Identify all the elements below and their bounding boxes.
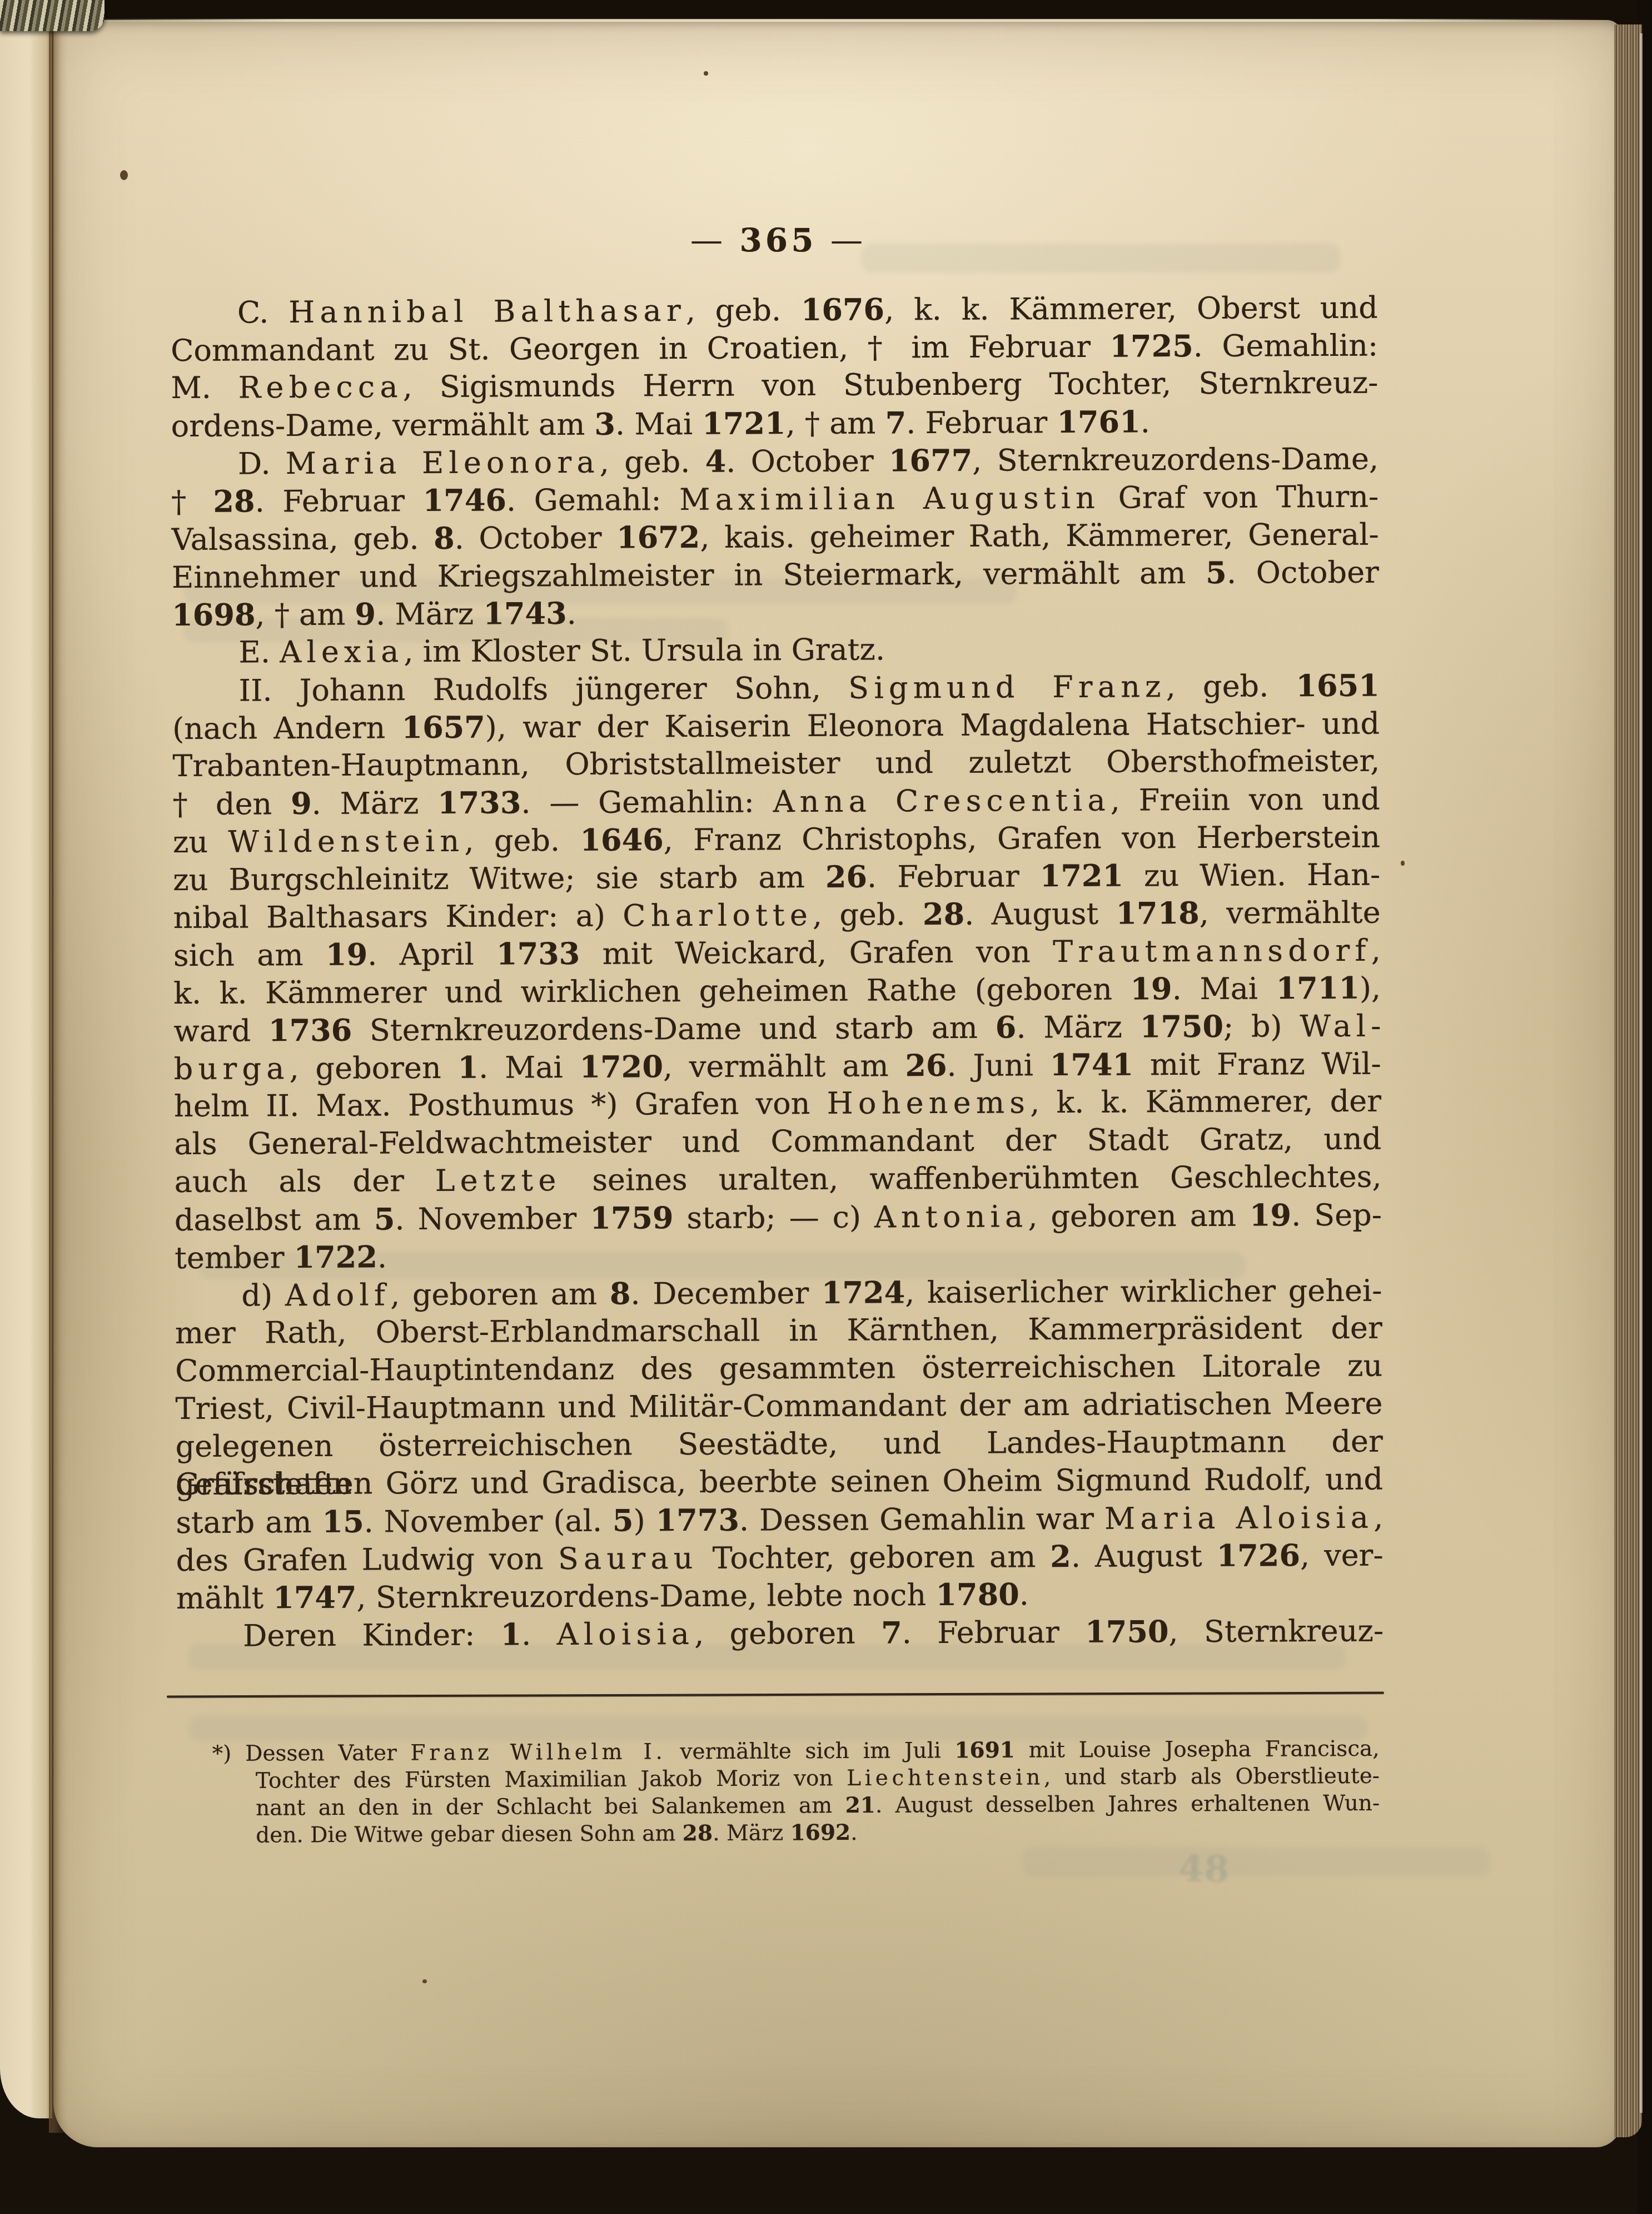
letterspaced-name: Maximilian Augustin	[679, 480, 1100, 517]
paper-speck	[1401, 861, 1405, 866]
text-line: mählt 1747, Sternkreuzordens-Dame, lebte…	[176, 1574, 1384, 1617]
text-line: k. k. Kämmerer und wirklichen geheimen R…	[173, 969, 1381, 1012]
text-block: C. Hannibal Balthasar, geb. 1676, k. k. …	[171, 289, 1384, 1655]
text-line: M. Rebecca, Sigismunds Herrn von Stubenb…	[171, 364, 1378, 407]
text-line: starb am 15. November (al. 5) 1773. Dess…	[176, 1498, 1383, 1541]
letterspaced-name: Franz Wilhelm I.	[410, 1739, 666, 1765]
letterspaced-name: Adolf	[285, 1277, 391, 1313]
para-II: II. Johann Rudolfs jüngerer Sohn, Sigmun…	[172, 667, 1382, 1277]
text-line: des Grafen Ludwig von Saurau Tochter, ge…	[176, 1536, 1383, 1579]
text-line: 1698, † am 9. März 1743.	[172, 591, 1379, 634]
letterspaced-name: Hannibal Balthasar	[288, 293, 686, 330]
letterspaced-name: Letzte	[435, 1163, 561, 1198]
fore-edge-highlight	[1640, 33, 1643, 2113]
text-line: daselbst am 5. November 1759 starb; — c)…	[175, 1196, 1382, 1239]
para-deren-kinder: Deren Kinder: 1. Aloisia, geboren 7. Feb…	[176, 1612, 1384, 1655]
text-line: gelegenen österreichischen Seestädte, un…	[176, 1423, 1383, 1466]
bleedthrough-streak	[1023, 1847, 1490, 1876]
text-line: ward 1736 Sternkreuzordens-Dame und star…	[173, 1007, 1381, 1050]
letterspaced-name: Anna Crescentia	[773, 783, 1110, 820]
text-line: nibal Balthasars Kinder: a) Charlotte, g…	[173, 893, 1380, 936]
letterspaced-name: Hohenems	[827, 1085, 1031, 1121]
text-line: D. Maria Eleonora, geb. 4. October 1677,…	[171, 440, 1379, 483]
fore-edge-page-stack	[1614, 24, 1642, 2137]
text-line: auch als der Letzte seines uralten, waff…	[174, 1158, 1381, 1201]
letterspaced-name: Saurau	[558, 1541, 698, 1576]
text-line: sich am 19. April 1733 mit Weickard, Gra…	[173, 931, 1381, 974]
letterspaced-name: Alexia	[280, 634, 404, 669]
letterspaced-name: Sigmund Franz	[848, 669, 1166, 705]
text-line: helm II. Max. Posthumus *) Grafen von Ho…	[174, 1083, 1381, 1125]
letterspaced-name: Trautmannsdorf	[1053, 933, 1371, 969]
paper-speck	[422, 1979, 427, 1983]
footnote-line: den. Die Witwe gebar diesen Sohn am 28. …	[212, 1817, 1380, 1849]
text-line: Trabanten-Hauptmann, Obriststallmeister …	[172, 742, 1380, 785]
text-line: als General-Feldwachtmeister und Command…	[174, 1120, 1381, 1163]
text-line: Deren Kinder: 1. Aloisia, geboren 7. Feb…	[176, 1612, 1384, 1655]
para-d: d) Adolf, geboren am 8. December 1724, k…	[175, 1272, 1384, 1617]
letterspaced-name: Rebecca	[238, 369, 402, 405]
letterspaced-name: burga	[174, 1051, 290, 1086]
text-line: Commandant zu St. Georgen in Croatien, †…	[171, 326, 1378, 369]
text-line: C. Hannibal Balthasar, geb. 1676, k. k. …	[171, 289, 1378, 331]
text-line: ordens-Dame, vermählt am 3. Mai 1721, † …	[171, 402, 1379, 445]
text-line: zu Burgschleinitz Witwe; sie starb am 26…	[173, 856, 1380, 898]
bleedthrough-signature: 48	[1178, 1846, 1230, 1891]
book-page-scan: 48 — 365 — C. Hannibal Balthasar, geb. 1…	[0, 0, 1652, 2214]
text-line: Triest, Civil-Hauptmann und Militär-Comm…	[175, 1385, 1382, 1428]
footnote-block: *) Dessen Vater Franz Wilhelm I. vermähl…	[212, 1735, 1380, 1849]
text-line: Grafschaften Görz und Gradisca, beerbte …	[176, 1461, 1383, 1503]
text-line: tember 1722.	[175, 1234, 1382, 1277]
paper-speck	[704, 71, 708, 76]
footnote-line: nant an den in der Schlacht bei Salankem…	[212, 1790, 1380, 1822]
letterspaced-name: Antonia	[874, 1199, 1028, 1234]
para-C: C. Hannibal Balthasar, geb. 1676, k. k. …	[171, 289, 1379, 445]
text-line: mer Rath, Oberst-Erblandmarschall in Kär…	[175, 1309, 1382, 1352]
letterspaced-name: Aloisia	[557, 1616, 695, 1652]
letterspaced-name: Charlotte	[623, 897, 813, 933]
headband-weave	[0, 0, 105, 31]
text-line: (nach Andern 1657), war der Kaiserin Ele…	[172, 704, 1380, 747]
letterspaced-name: Maria Eleonora	[286, 445, 600, 481]
letterspaced-name: Liechtenstein	[847, 1765, 1044, 1791]
page-number: — 365 —	[222, 221, 1334, 259]
text-line: E. Alexia, im Kloster St. Ursula in Grat…	[172, 629, 1379, 672]
text-line: Valsassina, geb. 8. October 1672, kais. …	[171, 515, 1379, 558]
text-line: burga, geboren 1. Mai 1720, vermählt am …	[174, 1045, 1381, 1088]
text-line: zu Wildenstein, geb. 1646, Franz Christo…	[173, 818, 1380, 861]
text-line: Commercial-Hauptintendanz des gesammten …	[175, 1347, 1382, 1390]
para-E: E. Alexia, im Kloster St. Ursula in Grat…	[172, 629, 1379, 672]
text-line: II. Johann Rudolfs jüngerer Sohn, Sigmun…	[172, 667, 1380, 709]
text-line: † den 9. März 1733. — Gemahlin: Anna Cre…	[173, 780, 1380, 823]
text-line: d) Adolf, geboren am 8. December 1724, k…	[175, 1272, 1382, 1314]
gutter-crease	[49, 20, 68, 2133]
letterspaced-name: Wal	[1300, 1009, 1371, 1044]
paper-speck	[120, 170, 128, 180]
text-line: Einnehmer und Kriegszahlmeister in Steie…	[172, 553, 1379, 596]
previous-page-edge	[0, 21, 52, 2118]
para-D: D. Maria Eleonora, geb. 4. October 1677,…	[171, 440, 1379, 634]
page-top-edge-highlight	[53, 19, 1610, 22]
letterspaced-name: Wildenstein	[228, 823, 464, 860]
text-line: † 28. Februar 1746. Gemahl: Maximilian A…	[171, 478, 1379, 520]
letterspaced-name: Maria Aloisia	[1104, 1500, 1374, 1536]
